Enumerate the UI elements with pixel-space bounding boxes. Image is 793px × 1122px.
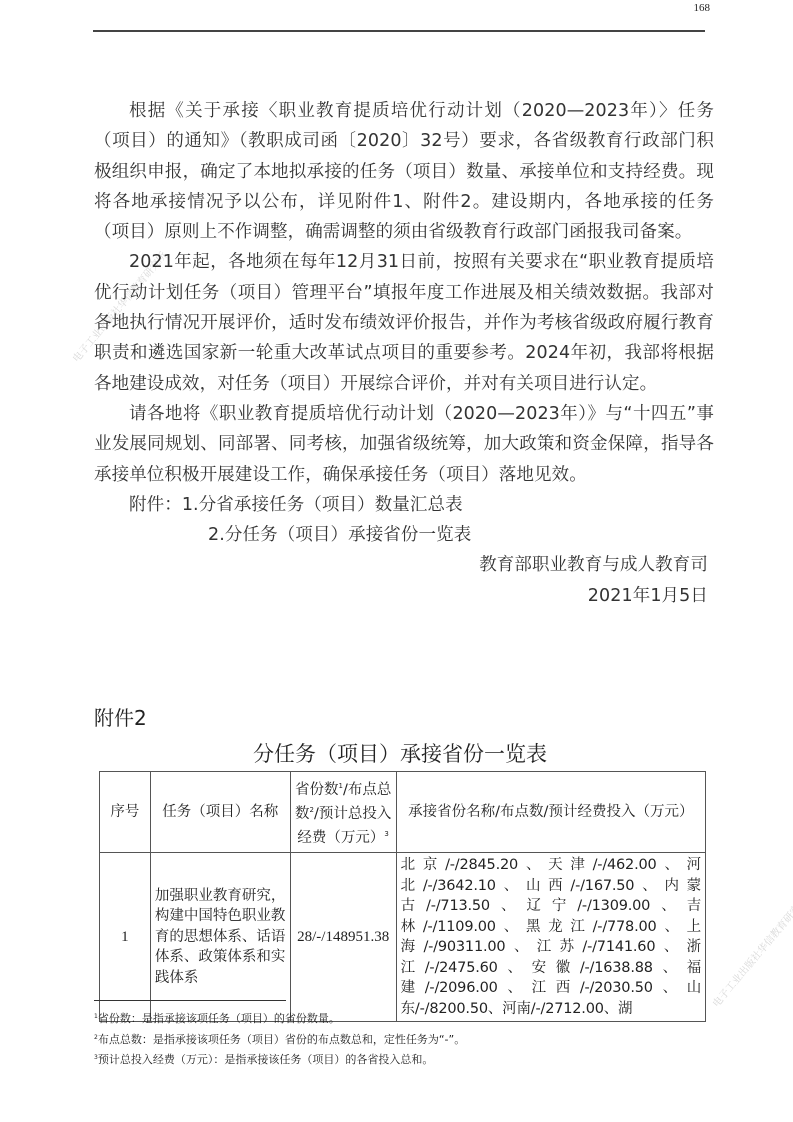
footnotes: 1省份数：是指承接该项任务（项目）的省份数量。 2布点总数：是指承接该项任务（项… [94,1008,706,1070]
signature-date: 2021年1月5日 [94,581,714,611]
attachment-item-1: 附件：1.分省承接任务（项目）数量汇总表 [129,490,714,520]
table-row: 1 加强职业教育研究，构建中国特色职业教育的思想体系、话语体系、政策体系和实践体… [100,853,706,1022]
provinces-table: 序号 任务（项目）名称 省份数1/布点总数2/预计总投入经费（万元）3 承接省份… [99,771,706,1022]
watermark: 电子工业出版社华信教育研究所 [708,893,793,1010]
cell-provinces: 北京/-/2845.20、天津/-/462.00、河北/-/3642.10、山西… [396,853,705,1022]
header-provinces: 承接省份名称/布点数/预计经费投入（万元） [396,772,705,853]
signature-issuer: 教育部职业教育与成人教育司 [94,550,714,580]
paragraph-3: 请各地将《职业教育提质培优行动计划（2020—2023年）》与“十四五”事业发展… [94,399,714,490]
footnote-rule [94,1000,286,1001]
attachment-item-2: 2.分任务（项目）承接省份一览表 [129,520,714,550]
paragraph-2: 2021年起，各地须在每年12月31日前，按照有关要求在“职业教育提质培优行动计… [94,247,714,398]
cell-no: 1 [100,853,151,1022]
annex-label: 附件2 [94,702,147,731]
footnote-3: 3预计总投入经费（万元）：是指承接该任务（项目）的各省投入总和。 [94,1049,706,1070]
header-summary: 省份数1/布点总数2/预计总投入经费（万元）3 [290,772,396,853]
paragraph-1: 根据《关于承接〈职业教育提质培优行动计划（2020—2023年）〉任务（项目）的… [94,96,714,247]
cell-name: 加强职业教育研究，构建中国特色职业教育的思想体系、话语体系、政策体系和实践体系 [150,853,290,1022]
footnote-2: 2布点总数：是指承接该项任务（项目）省份的布点数总和，定性任务为“-”。 [94,1029,706,1050]
page-number: 168 [680,2,710,14]
header-rule [93,30,705,32]
table-header-row: 序号 任务（项目）名称 省份数1/布点总数2/预计总投入经费（万元）3 承接省份… [100,772,706,853]
notice-body: 根据《关于承接〈职业教育提质培优行动计划（2020—2023年）〉任务（项目）的… [94,96,714,611]
header-name: 任务（项目）名称 [150,772,290,853]
table-title: 分任务（项目）承接省份一览表 [94,738,706,768]
attachments-label: 附件： [129,495,182,515]
header-no: 序号 [100,772,151,853]
attachments-list: 附件：1.分省承接任务（项目）数量汇总表 2.分任务（项目）承接省份一览表 [94,490,714,551]
footnote-1: 1省份数：是指承接该项任务（项目）的省份数量。 [94,1008,706,1029]
cell-summary: 28/-/148951.38 [290,853,396,1022]
